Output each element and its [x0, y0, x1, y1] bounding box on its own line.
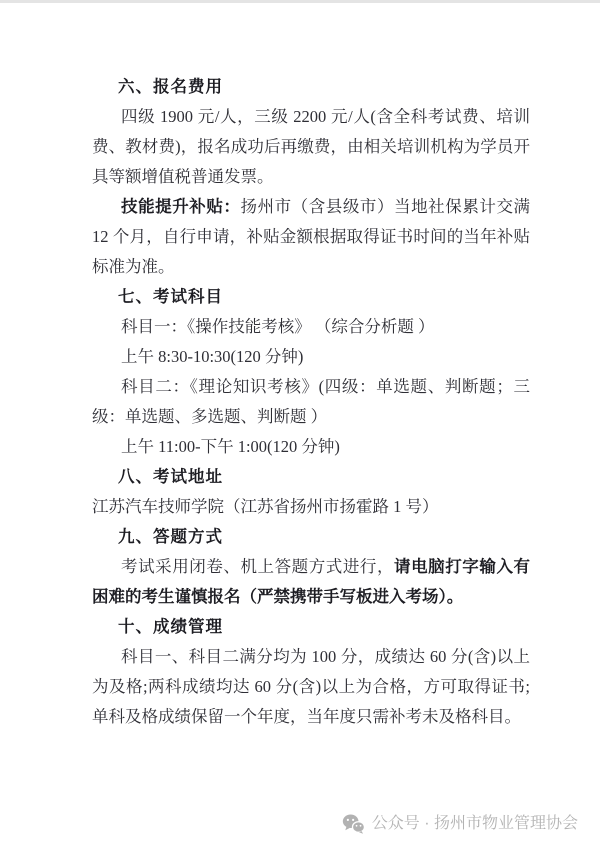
text-run: 考试采用闭卷、机上答题方式进行， [121, 557, 394, 576]
document-body: 六、报名费用四级 1900 元/人，三级 2200 元/人(含全科考试费、培训费… [92, 72, 530, 732]
paragraph: 考试采用闭卷、机上答题方式进行，请电脑打字输入有困难的考生谨慎报名（严禁携带手写… [92, 552, 530, 612]
section-heading: 七、考试科目 [92, 282, 530, 312]
section-heading: 六、报名费用 [92, 72, 530, 102]
footer-text: 公众号 · 扬州市物业管理协会 [372, 812, 578, 836]
section-heading: 八、考试地址 [92, 462, 530, 492]
paragraph: 科目二：《理论知识考核》(四级：单选题、判断题；三级：单选题、多选题、判断题 ） [92, 372, 530, 432]
paragraph: 上午 8:30-10:30(120 分钟) [92, 342, 530, 372]
paragraph: 四级 1900 元/人，三级 2200 元/人(含全科考试费、培训费、教材费)，… [92, 102, 530, 192]
text-run: 科目一、科目二满分均为 100 分，成绩达 60 分(含)以上为及格;两科成绩均… [92, 647, 530, 726]
section-heading: 十、成绩管理 [92, 612, 530, 642]
text-run: 上午 11:00-下午 1:00(120 分钟) [121, 437, 340, 456]
text-run: 上午 8:30-10:30(120 分钟) [121, 347, 303, 366]
paragraph: 江苏汽车技师学院（江苏省扬州市扬霍路 1 号） [92, 492, 530, 522]
official-account-footer: 公众号 · 扬州市物业管理协会 [342, 812, 578, 836]
text-run: 科目一：《操作技能考核》 （综合分析题 ） [121, 317, 435, 336]
text-run: 江苏汽车技师学院（江苏省扬州市扬霍路 1 号） [92, 497, 439, 516]
top-divider [0, 0, 600, 3]
text-run: 四级 1900 元/人，三级 2200 元/人(含全科考试费、培训费、教材费)，… [92, 107, 530, 186]
paragraph: 上午 11:00-下午 1:00(120 分钟) [92, 432, 530, 462]
bold-text-run: 技能提升补贴： [121, 198, 240, 216]
section-heading: 九、答题方式 [92, 522, 530, 552]
paragraph: 科目一、科目二满分均为 100 分，成绩达 60 分(含)以上为及格;两科成绩均… [92, 642, 530, 732]
article-page: 六、报名费用四级 1900 元/人，三级 2200 元/人(含全科考试费、培训费… [0, 0, 600, 850]
paragraph: 科目一：《操作技能考核》 （综合分析题 ） [92, 312, 530, 342]
paragraph: 技能提升补贴：扬州市（含县级市）当地社保累计交满 12 个月，自行申请，补贴金额… [92, 192, 530, 282]
text-run: 科目二：《理论知识考核》(四级：单选题、判断题；三级：单选题、多选题、判断题 ） [92, 377, 530, 426]
wechat-icon [342, 814, 365, 834]
